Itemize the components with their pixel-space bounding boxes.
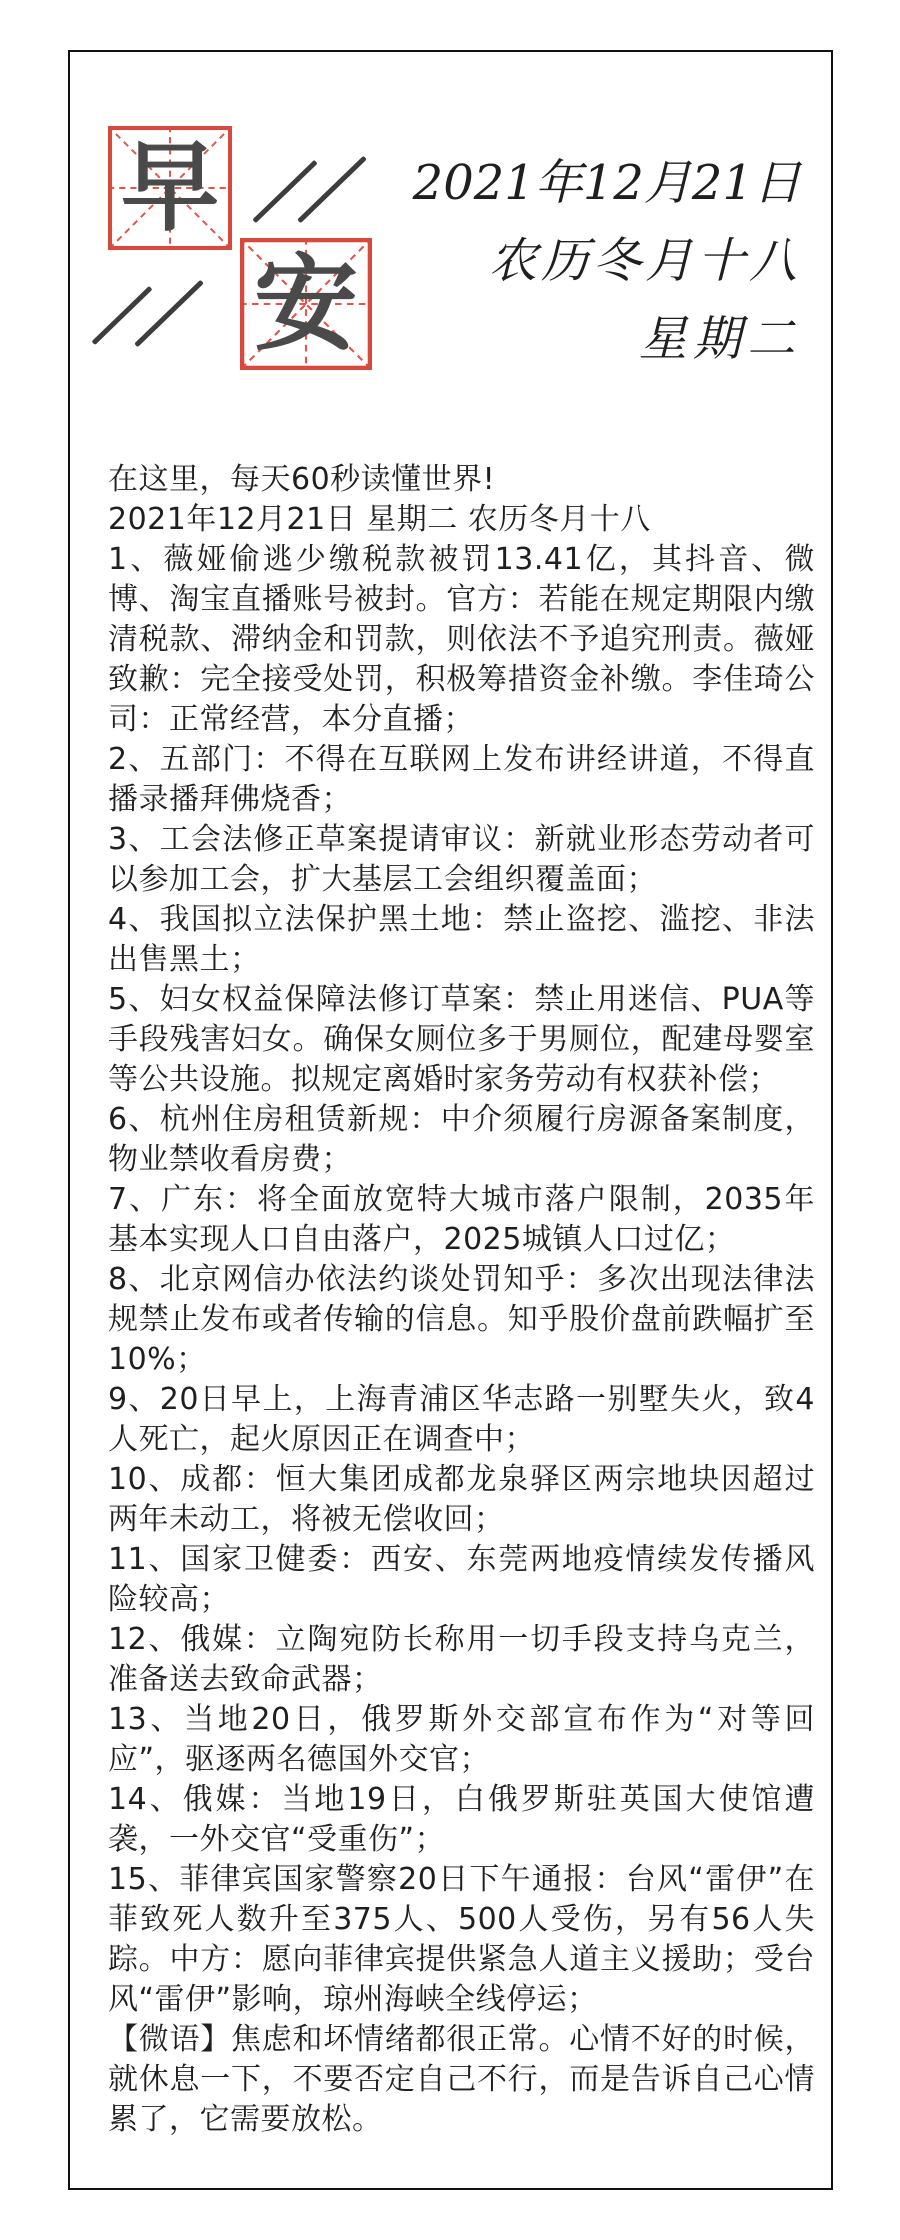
news-item: 10、成都：恒大集团成都龙泉驿区两宗地块因超过两年未动工，将被无偿收回； [108,1460,815,1540]
news-item: 7、广东：将全面放宽特大城市落户限制，2035年基本实现人口自由落户，2025城… [108,1180,815,1260]
news-body: 在这里，每天60秒读懂世界! 2021年12月21日 星期二 农历冬月十八 1、… [108,460,815,2140]
news-item: 6、杭州住房租赁新规：中介须履行房源备案制度，物业禁收看房费； [108,1100,815,1180]
logo-char-an: 安 [240,238,372,370]
news-item: 8、北京网信办依法约谈处罚知乎：多次出现法律法规禁止发布或者传输的信息。知乎股价… [108,1260,815,1380]
news-item: 11、国家卫健委：西安、东莞两地疫情续发传播风险较高； [108,1540,815,1620]
news-item: 5、妇女权益保障法修订草案：禁止用迷信、PUA等手段残害妇女。确保女厕位多于男厕… [108,980,815,1100]
intro-line: 在这里，每天60秒读懂世界! [108,460,815,500]
news-item: 14、俄媒：当地19日，白俄罗斯驻英国大使馆遭袭，一外交官“受重伤”； [108,1780,815,1860]
news-item: 4、我国拟立法保护黑土地：禁止盗挖、滥挖、非法出售黑土； [108,900,815,980]
weiyu-line: 【微语】焦虑和坏情绪都很正常。心情不好的时候，就休息一下，不要否定自己不行，而是… [108,2020,815,2140]
header-date-block: 2021年12月21日 农历冬月十八 星期二 [413,144,801,378]
news-item: 12、俄媒：立陶宛防长称用一切手段支持乌克兰，准备送去致命武器； [108,1620,815,1700]
body-date-line: 2021年12月21日 星期二 农历冬月十八 [108,500,815,540]
logo-char-zao: 早 [108,126,232,250]
logo-grid-an: 安 [240,238,372,370]
news-item: 9、20日早上，上海青浦区华志路一别墅失火，致4人死亡，起火原因正在调查中； [108,1380,815,1460]
news-item: 13、当地20日，俄罗斯外交部宣布作为“对等回应”，驱逐两名德国外交官； [108,1700,815,1780]
news-item: 1、薇娅偷逃少缴税款被罚13.41亿，其抖音、微博、淘宝直播账号被封。官方：若能… [108,540,815,740]
header-lunar-date: 农历冬月十八 [413,222,801,300]
news-item: 15、菲律宾国家警察20日下午通报：台风“雷伊”在菲致死人数升至375人、500… [108,1860,815,2020]
content-frame: 早 安 2021年12月21日 农历冬月十八 星期二 在这里，每天60秒读懂世界… [68,50,833,2190]
header-date: 2021年12月21日 [413,144,801,222]
poster: 早 安 2021年12月21日 农历冬月十八 星期二 在这里，每天60秒读懂世界… [0,0,900,2240]
news-item: 3、工会法修正草案提请审议：新就业形态劳动者可以参加工会，扩大基层工会组织覆盖面… [108,820,815,900]
news-item: 2、五部门：不得在互联网上发布讲经讲道，不得直播录播拜佛烧香； [108,740,815,820]
logo-grid-zao: 早 [108,126,232,250]
header-weekday: 星期二 [413,300,801,378]
